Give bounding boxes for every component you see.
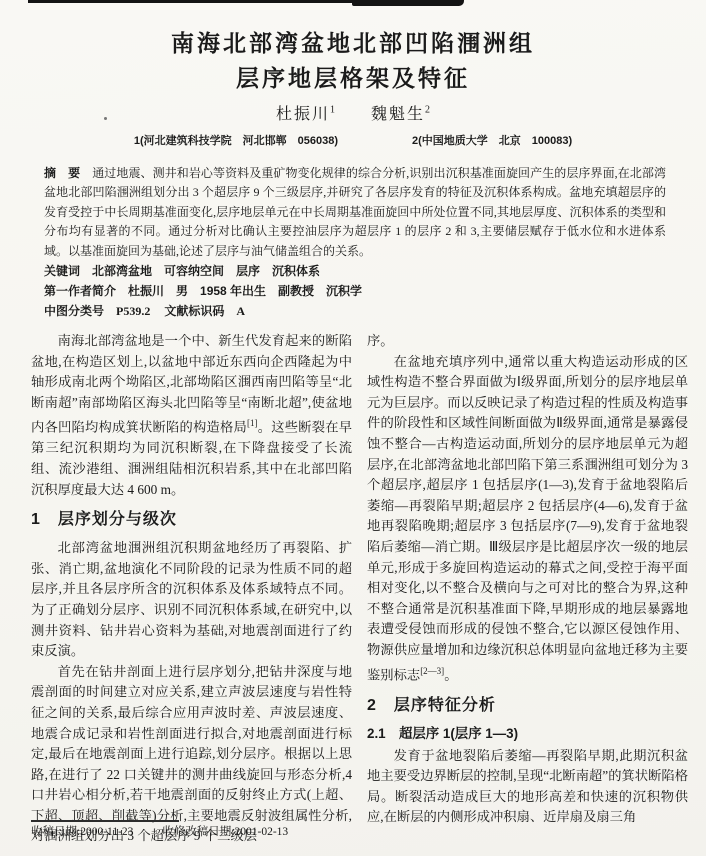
doc-code-value: A — [236, 304, 245, 318]
keywords-line: 关键词北部湾盆地 可容纳空间 层序 沉积体系 — [44, 261, 666, 281]
citation-ref-2-3: [2—3] — [420, 666, 444, 676]
scanned-paper-page: 南海北部湾盆地北部凹陷涠洲组 层序地层格架及特征 杜振川1 魏魁生2 1(河北建… — [0, 0, 706, 856]
citation-ref-1: [1] — [247, 418, 258, 428]
doc-code-label: 文献标识码 — [164, 304, 224, 318]
sequence-levels-paragraph: 在盆地充填序列中,通常以重大构造运动形成的区域性构造不整合界面做为Ⅰ级界面,所划… — [367, 352, 688, 686]
section-2-1-paragraph: 发育于盆地裂陷后萎缩—再裂陷早期,此期沉积盆地主要受边界断层的控制,呈现“北断南… — [367, 746, 688, 828]
clc-line: 中图分类号P539.2文献标识码A — [44, 301, 666, 321]
author-bio-line: 第一作者简介杜振川 男 1958 年出生 副教授 沉积学 — [44, 281, 666, 301]
affiliations-line: 1(河北建筑科技学院 河北邯郸 056038) 2(中国地质大学 北京 1000… — [0, 132, 706, 148]
abstract-label: 摘 要 — [44, 166, 80, 180]
section-2-1-heading: 2.1 超层序 1(层序 1—3) — [367, 724, 688, 743]
author-bio-text: 杜振川 男 1958 年出生 副教授 沉积学 — [128, 284, 362, 298]
scan-artifact-blob — [352, 0, 464, 6]
front-matter: 摘 要通过地震、测井和岩心等资料及重矿物变化规律的综合分析,识别出沉积基准面旋回… — [44, 164, 666, 322]
section-2-heading: 2 层序特征分析 — [367, 695, 688, 717]
paper-title-line2: 层序地层格架及特征 — [0, 61, 706, 96]
author-1-sup: 1 — [330, 105, 335, 116]
continuation-line: 序。 — [367, 331, 688, 352]
author-2-sup: 2 — [425, 105, 430, 116]
intro-paragraph: 南海北部湾盆地是一个中、新生代发育起来的断陷盆地,在构造区划上,以盆地中部近东西… — [31, 331, 352, 500]
affiliation-1: 1(河北建筑科技学院 河北邯郸 056038) — [134, 132, 338, 148]
author-2-name: 魏魁生 — [371, 106, 425, 123]
revised-date: 收修改稿日期:2001-02-13 — [162, 826, 288, 838]
authors-line: 杜振川1 魏魁生2 — [0, 101, 706, 124]
sequence-levels-text-b: 。 — [444, 667, 457, 682]
received-date: 收稿日期:2000-11-23 — [31, 826, 133, 838]
left-column: 南海北部湾盆地是一个中、新生代发育起来的断陷盆地,在构造区划上,以盆地中部近东西… — [31, 331, 352, 847]
author-1: 杜振川1 — [276, 106, 335, 123]
section-1-heading: 1 层序划分与级次 — [31, 509, 352, 531]
abstract-block: 摘 要通过地震、测井和岩心等资料及重矿物变化规律的综合分析,识别出沉积基准面旋回… — [44, 164, 666, 261]
abstract-text: 通过地震、测井和岩心等资料及重矿物变化规律的综合分析,识别出沉积基准面旋回产生的… — [44, 166, 666, 258]
keywords-label: 关键词 — [44, 264, 80, 278]
clc-value: P539.2 — [116, 304, 150, 318]
clc-label: 中图分类号 — [44, 304, 104, 318]
dates-footnote: 收稿日期:2000-11-23 收修改稿日期:2001-02-13 — [31, 825, 314, 840]
author-1-name: 杜振川 — [276, 106, 330, 123]
section-1-paragraph-1: 北部湾盆地涠洲组沉积期盆地经历了再裂陷、扩张、消亡期,盆地演化不同阶段的记录为性… — [31, 538, 352, 662]
right-column: 序。 在盆地充填序列中,通常以重大构造运动形成的区域性构造不整合界面做为Ⅰ级界面… — [367, 331, 688, 828]
keywords-text: 北部湾盆地 可容纳空间 层序 沉积体系 — [92, 264, 320, 278]
author-2: 魏魁生2 — [371, 106, 430, 123]
affiliation-2: 2(中国地质大学 北京 100083) — [412, 132, 572, 148]
sequence-levels-text-a: 在盆地充填序列中,通常以重大构造运动形成的区域性构造不整合界面做为Ⅰ级界面,所划… — [367, 354, 688, 682]
paper-title: 南海北部湾盆地北部凹陷涠洲组 层序地层格架及特征 — [0, 26, 706, 96]
scan-artifact-streak — [28, 0, 360, 3]
paper-title-line1: 南海北部湾盆地北部凹陷涠洲组 — [0, 26, 706, 61]
author-bio-label: 第一作者简介 — [44, 284, 116, 298]
footnote-separator — [31, 820, 179, 822]
